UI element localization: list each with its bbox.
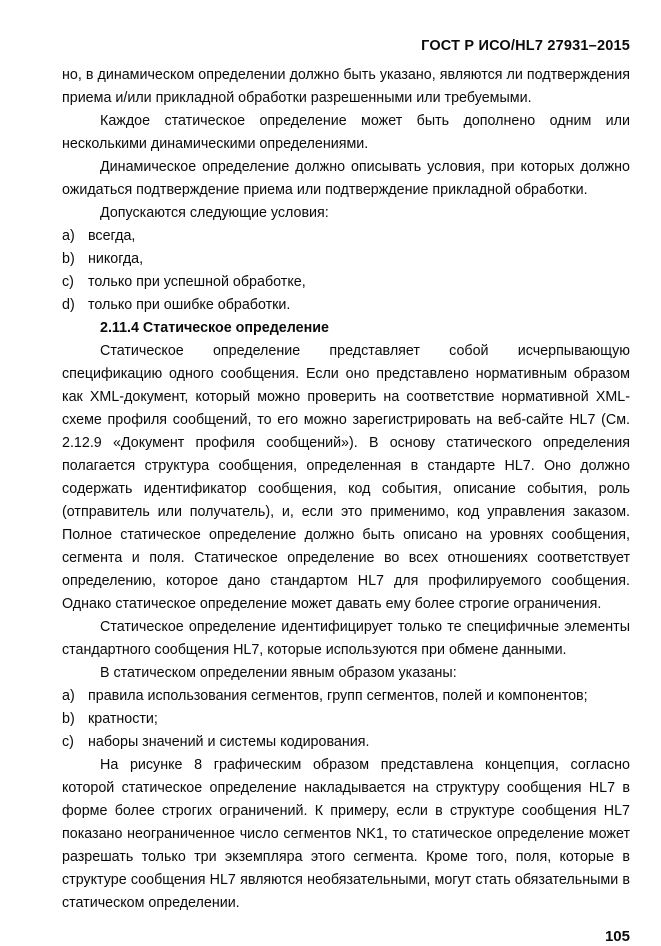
- paragraph: Статическое определение представляет соб…: [62, 340, 630, 616]
- list-marker: a): [62, 685, 88, 708]
- paragraph: Допускаются следующие условия:: [62, 202, 630, 225]
- list-marker: d): [62, 294, 88, 317]
- list-marker: c): [62, 731, 88, 754]
- document-body: но, в динамическом определении должно бы…: [62, 64, 630, 915]
- section-heading: 2.11.4 Статическое определение: [62, 317, 630, 340]
- list-marker: c): [62, 271, 88, 294]
- paragraph: Динамическое определение должно описыват…: [62, 156, 630, 202]
- list-item-text: только при ошибке обработки.: [88, 297, 290, 313]
- list-item-text: кратности;: [88, 711, 158, 727]
- paragraph: В статическом определении явным образом …: [62, 662, 630, 685]
- paragraph: На рисунке 8 графическим образом предста…: [62, 754, 630, 915]
- list-item-text: только при успешной обработке,: [88, 274, 306, 290]
- list-item: d)только при ошибке обработки.: [62, 294, 630, 317]
- standard-designation: ГОСТ Р ИСО/HL7 27931–2015: [62, 38, 630, 55]
- list-item-text: наборы значений и системы кодирования.: [88, 734, 369, 750]
- paragraph: но, в динамическом определении должно бы…: [62, 64, 630, 110]
- list-item-text: никогда,: [88, 251, 143, 267]
- list-item-text: правила использования сегментов, групп с…: [88, 688, 588, 704]
- paragraph: Статическое определение идентифицирует т…: [62, 616, 630, 662]
- list-marker: b): [62, 248, 88, 271]
- page-number: 105: [62, 928, 630, 946]
- list-marker: a): [62, 225, 88, 248]
- list-marker: b): [62, 708, 88, 731]
- paragraph: Каждое статическое определение может быт…: [62, 110, 630, 156]
- list-item-text: всегда,: [88, 228, 135, 244]
- list-item: b)никогда,: [62, 248, 630, 271]
- list-item: c)наборы значений и системы кодирования.: [62, 731, 630, 754]
- list-item: a)всегда,: [62, 225, 630, 248]
- document-page: ГОСТ Р ИСО/HL7 27931–2015 но, в динамиче…: [0, 0, 661, 935]
- list-item: a)правила использования сегментов, групп…: [62, 685, 630, 708]
- list-item: b)кратности;: [62, 708, 630, 731]
- list-item: c)только при успешной обработке,: [62, 271, 630, 294]
